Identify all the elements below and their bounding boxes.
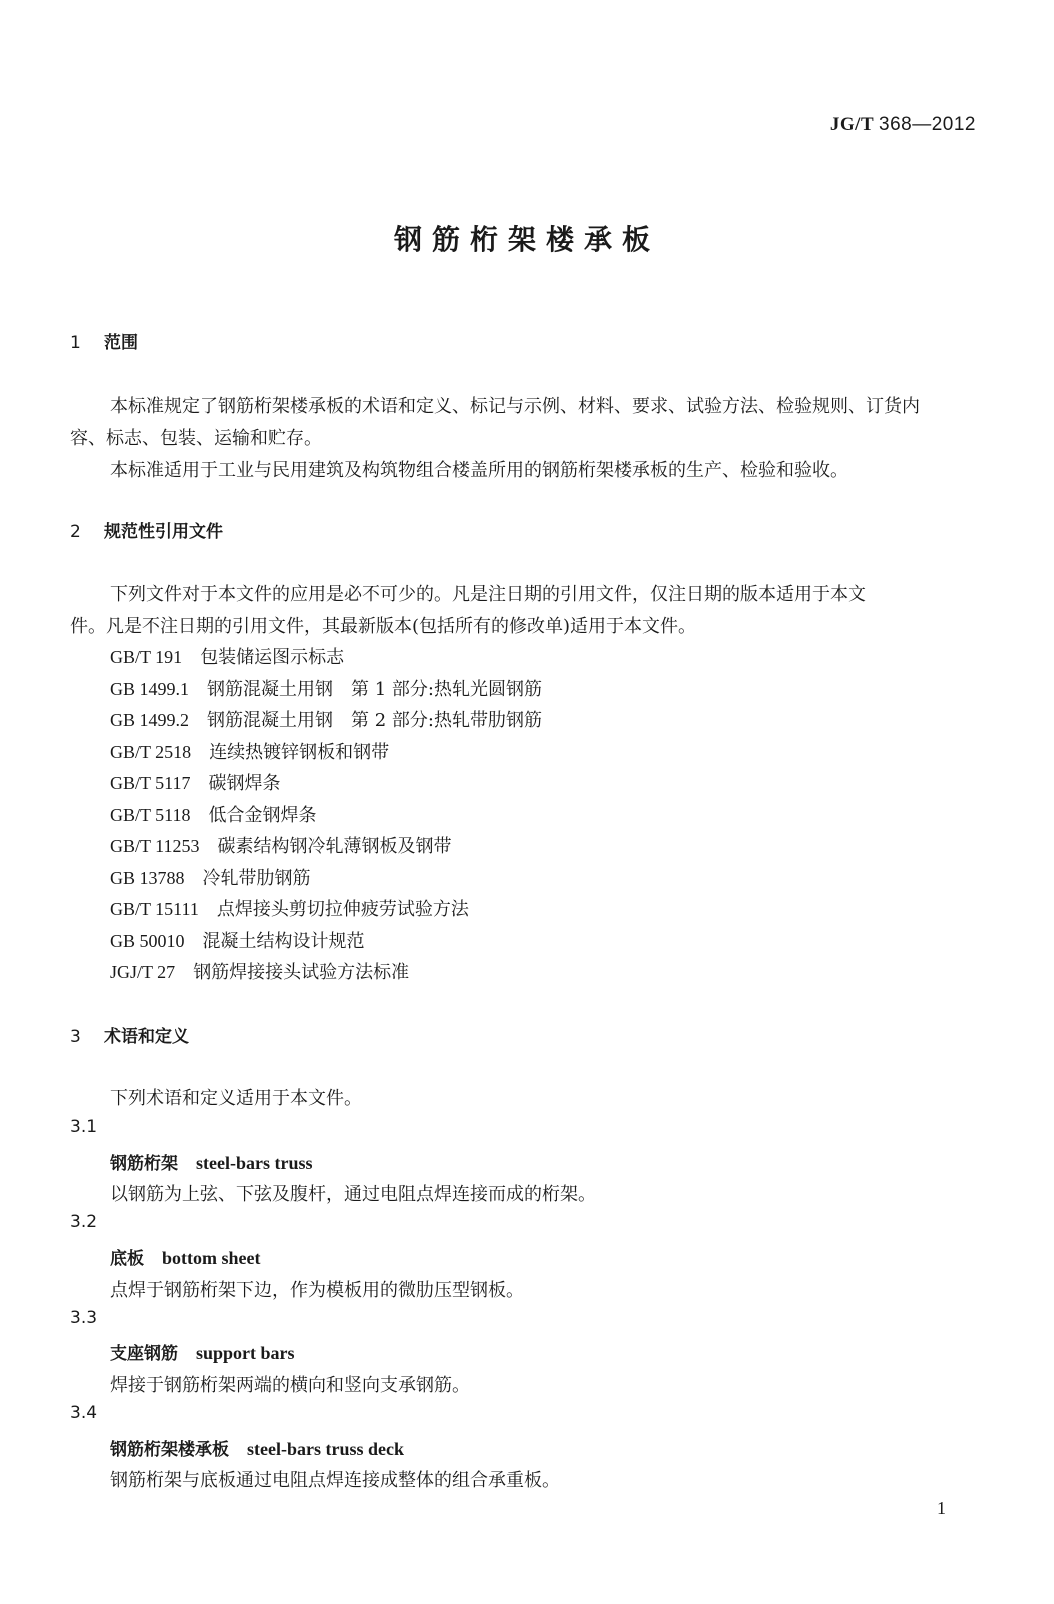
reference-code: GB/T 15111 [110,899,199,920]
standard-code: 368—2012 [879,114,976,135]
reference-item: GB 13788冷轧带肋钢筋 [110,864,311,890]
reference-item: GB/T 15111点焊接头剪切拉伸疲劳试验方法 [110,895,469,921]
reference-title: 钢筋混凝土用钢 第 1 部分:热轧光圆钢筋 [207,679,542,700]
reference-item: GB/T 11253碳素结构钢冷轧薄钢板及钢带 [110,832,452,858]
term-zh: 支座钢筋 [110,1344,178,1364]
reference-code: GB/T 11253 [110,836,200,857]
term-definition: 以钢筋为上弦、下弦及腹杆，通过电阻点焊连接而成的桁架。 [110,1180,596,1206]
term-en: steel-bars truss [196,1153,312,1173]
section-number: 1 [70,333,104,353]
term-en: steel-bars truss deck [247,1439,404,1459]
term-zh: 钢筋桁架 [110,1154,178,1174]
page-number: 1 [937,1498,946,1519]
scope-paragraph-1-line-2: 容、标志、包装、运输和贮存。 [70,424,322,450]
reference-item: GB/T 5117碳钢焊条 [110,769,281,795]
reference-code: GB 1499.2 [110,710,189,731]
term-en: bottom sheet [162,1248,260,1268]
clause-number: 3.3 [70,1308,97,1328]
section-3-heading: 3术语和定义 [70,1022,189,1047]
scope-paragraph-1-line-1: 本标准规定了钢筋桁架楼承板的术语和定义、标记与示例、材料、要求、试验方法、检验规… [110,392,920,418]
reference-item: GB/T 191包装储运图示标志 [110,643,344,669]
reference-title: 混凝土结构设计规范 [203,931,365,952]
references-intro-line-2: 件。凡是不注日期的引用文件，其最新版本(包括所有的修改单)适用于本文件。 [70,612,696,638]
reference-item: GB/T 2518连续热镀锌钢板和钢带 [110,738,389,764]
terms-intro: 下列术语和定义适用于本文件。 [110,1084,362,1110]
section-2-heading: 2规范性引用文件 [70,517,223,542]
reference-code: GB/T 5118 [110,805,191,826]
term-definition: 钢筋桁架与底板通过电阻点焊连接成整体的组合承重板。 [110,1466,560,1492]
reference-title: 钢筋焊接接头试验方法标准 [193,962,409,983]
term-definition: 点焊于钢筋桁架下边，作为模板用的微肋压型钢板。 [110,1276,524,1302]
clause-number: 3.2 [70,1212,97,1232]
references-intro-line-1: 下列文件对于本文件的应用是必不可少的。凡是注日期的引用文件，仅注日期的版本适用于… [110,580,866,606]
reference-title: 低合金钢焊条 [209,805,317,826]
term-heading: 钢筋桁架楼承板steel-bars truss deck [110,1435,404,1460]
reference-title: 碳素结构钢冷轧薄钢板及钢带 [218,836,452,857]
reference-code: JGJ/T 27 [110,962,175,983]
document-title: 钢筋桁架楼承板 [0,218,1054,258]
section-title: 规范性引用文件 [104,522,223,542]
reference-item: GB 50010混凝土结构设计规范 [110,927,365,953]
reference-code: GB 13788 [110,868,185,889]
term-zh: 底板 [110,1249,144,1269]
clause-number: 3.1 [70,1117,97,1137]
reference-item: GB/T 5118低合金钢焊条 [110,801,317,827]
scope-paragraph-2: 本标准适用于工业与民用建筑及构筑物组合楼盖所用的钢筋桁架楼承板的生产、检验和验收… [110,456,848,482]
term-en: support bars [196,1343,295,1363]
term-heading: 钢筋桁架steel-bars truss [110,1149,312,1174]
reference-title: 碳钢焊条 [209,773,281,794]
reference-code: GB/T 191 [110,647,182,668]
reference-code: GB/T 2518 [110,742,191,763]
section-1-heading: 1范围 [70,328,138,353]
standard-number: JG/T 368—2012 [830,114,976,136]
reference-title: 连续热镀锌钢板和钢带 [209,742,389,763]
reference-item: GB 1499.2钢筋混凝土用钢 第 2 部分:热轧带肋钢筋 [110,706,542,732]
reference-item: GB 1499.1钢筋混凝土用钢 第 1 部分:热轧光圆钢筋 [110,675,542,701]
term-definition: 焊接于钢筋桁架两端的横向和竖向支承钢筋。 [110,1371,470,1397]
term-heading: 支座钢筋support bars [110,1339,295,1364]
clause-number: 3.4 [70,1403,97,1423]
reference-code: GB 1499.1 [110,679,189,700]
reference-title: 包装储运图示标志 [200,647,344,668]
reference-title: 点焊接头剪切拉伸疲劳试验方法 [217,899,469,920]
section-number: 2 [70,522,104,542]
term-zh: 钢筋桁架楼承板 [110,1440,229,1460]
section-title: 术语和定义 [104,1027,189,1047]
reference-item: JGJ/T 27钢筋焊接接头试验方法标准 [110,958,409,984]
standard-prefix: JG/T [830,114,874,135]
section-number: 3 [70,1027,104,1047]
reference-code: GB/T 5117 [110,773,191,794]
reference-title: 钢筋混凝土用钢 第 2 部分:热轧带肋钢筋 [207,710,542,731]
reference-title: 冷轧带肋钢筋 [203,868,311,889]
term-heading: 底板bottom sheet [110,1244,260,1269]
section-title: 范围 [104,333,138,353]
reference-code: GB 50010 [110,931,185,952]
